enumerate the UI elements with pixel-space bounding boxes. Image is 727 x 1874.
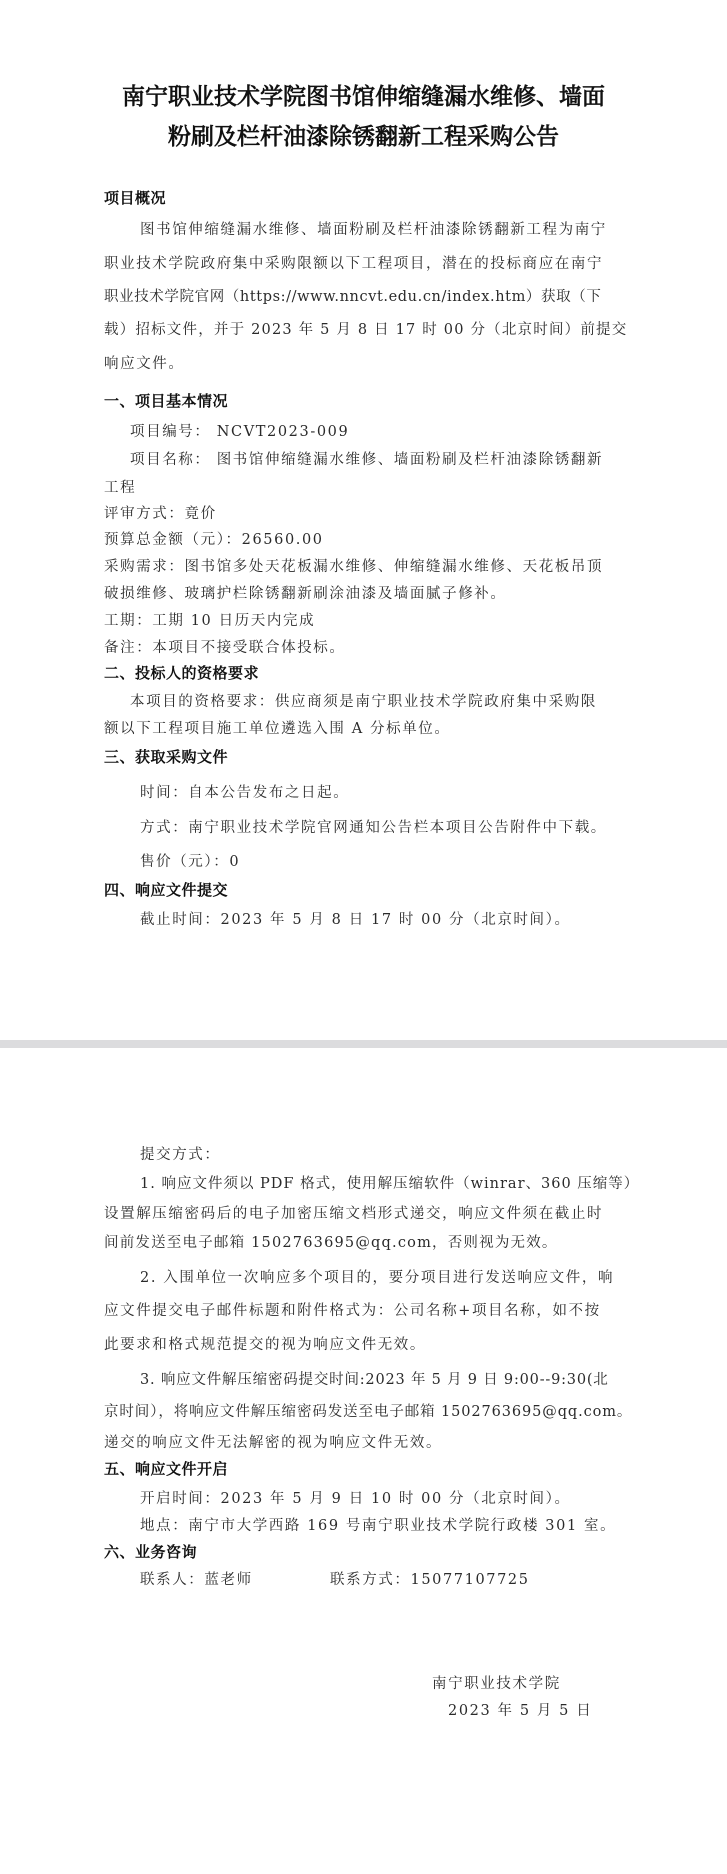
qualification-line: 本项目的资格要求：供应商须是南宁职业技术学院政府集中采购限 [130, 690, 597, 711]
submit-item-1-cont: 间前发送至电子邮箱 1502763695@qq.com，否则视为无效。 [104, 1231, 558, 1252]
signature-date: 2023 年 5 月 5 日 [448, 1699, 592, 1720]
document-title-line-1: 南宁职业技术学院图书馆伸缩缝漏水维修、墙面 [0, 78, 727, 111]
section-2-heading: 二、投标人的资格要求 [104, 662, 259, 683]
review-method: 评审方式：竟价 [104, 502, 217, 523]
section-1-heading: 一、项目基本情况 [104, 390, 228, 411]
overview-line: 职业技术学院政府集中采购限额以下工程项目，潜在的投标商应在南宁 [104, 252, 603, 273]
submit-method-label: 提交方式： [140, 1143, 221, 1164]
section-3-heading: 三、获取采购文件 [104, 746, 228, 767]
submit-item-1: 1. 响应文件须以 PDF 格式，使用解压缩软件（winrar、360 压缩等） [140, 1172, 639, 1193]
section-5-heading: 五、响应文件开启 [104, 1458, 228, 1479]
qualification-line: 额以下工程项目施工单位遴选入围 A 分标单位。 [104, 717, 451, 738]
document-title-line-2: 粉刷及栏杆油漆除锈翻新工程采购公告 [0, 118, 727, 151]
submit-item-1-cont: 设置解压缩密码后的电子加密压缩文档形式递交，响应文件须在截止时 [104, 1202, 603, 1223]
acquire-method: 方式：南宁职业技术学院官网通知公告栏本项目公告附件中下载。 [140, 816, 607, 837]
submission-deadline: 截止时间：2023 年 5 月 8 日 17 时 00 分（北京时间）。 [140, 908, 571, 929]
submit-item-2: 2. 入围单位一次响应多个项目的，要分项目进行发送响应文件，响 [140, 1266, 614, 1287]
section-4-heading: 四、响应文件提交 [104, 879, 228, 900]
signature-org: 南宁职业技术学院 [432, 1672, 561, 1693]
section-6-heading: 六、业务咨询 [104, 1541, 197, 1562]
remark: 备注：本项目不接受联合体投标。 [104, 636, 346, 657]
submit-item-3: 3. 响应文件解压缩密码提交时间:2023 年 5 月 9 日 9:00--9:… [140, 1368, 609, 1389]
procurement-demand: 采购需求：图书馆多处天花板漏水维修、伸缩缝漏水维修、天花板吊顶 [104, 555, 603, 576]
submit-item-3-cont: 京时间），将响应文件解压缩密码发送至电子邮箱 1502763695@qq.com… [104, 1400, 632, 1421]
contact-method: 联系方式：15077107725 [330, 1568, 530, 1589]
submit-item-3-cont: 递交的响应文件无法解密的视为响应文件无效。 [104, 1431, 442, 1452]
budget-amount: 预算总金额（元）：26560.00 [104, 528, 324, 549]
project-name: 项目名称： 图书馆伸缩缝漏水维修、墙面粉刷及栏杆油漆除锈翻新 [130, 448, 603, 469]
project-number: 项目编号： NCVT2023-009 [130, 420, 349, 441]
document-page-2: 提交方式： 1. 响应文件须以 PDF 格式，使用解压缩软件（winrar、36… [0, 1048, 727, 1874]
overview-line: 响应文件。 [104, 352, 185, 373]
overview-line: 职业技术学院官网（https://www.nncvt.edu.cn/index.… [104, 285, 601, 306]
overview-heading: 项目概况 [104, 187, 166, 208]
opening-time: 开启时间：2023 年 5 月 9 日 10 时 00 分（北京时间）。 [140, 1487, 571, 1508]
document-page-1: 南宁职业技术学院图书馆伸缩缝漏水维修、墙面 粉刷及栏杆油漆除锈翻新工程采购公告 … [0, 0, 727, 1040]
sale-price: 售价（元）：0 [140, 850, 240, 871]
opening-location: 地点：南宁市大学西路 169 号南宁职业技术学院行政楼 301 室。 [140, 1514, 616, 1535]
contact-person: 联系人：蓝老师 [140, 1568, 253, 1589]
duration: 工期：工期 10 日历天内完成 [104, 609, 315, 630]
page-separator [0, 1040, 727, 1048]
overview-line: 载）招标文件，并于 2023 年 5 月 8 日 17 时 00 分（北京时间）… [104, 318, 627, 339]
procurement-demand-cont: 破损维修、玻璃护栏除锈翻新刷涂油漆及墙面腻子修补。 [104, 582, 507, 603]
acquire-time: 时间：自本公告发布之日起。 [140, 781, 349, 802]
submit-item-2-cont: 此要求和格式规范提交的视为响应文件无效。 [104, 1333, 426, 1354]
submit-item-2-cont: 应文件提交电子邮件标题和附件格式为：公司名称+项目名称，如不按 [104, 1299, 601, 1320]
project-name-cont: 工程 [104, 476, 136, 497]
overview-line: 图书馆伸缩缝漏水维修、墙面粉刷及栏杆油漆除锈翻新工程为南宁 [140, 218, 607, 239]
